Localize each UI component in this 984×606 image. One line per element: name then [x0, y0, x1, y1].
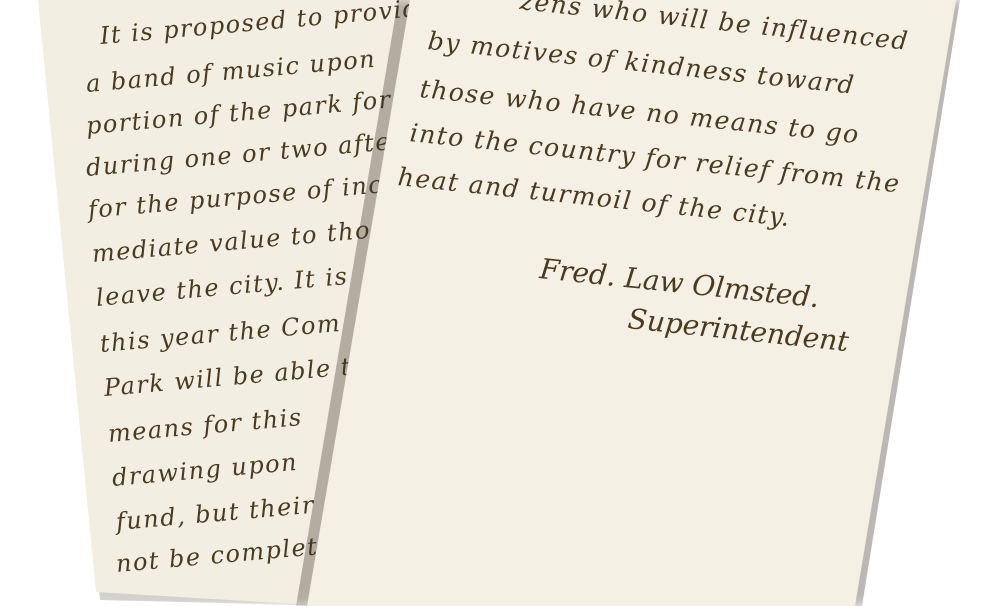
left-line-12: fund, but their — [115, 491, 316, 536]
left-line-8: this year the Com — [99, 309, 342, 358]
letter-scan: It is proposed to provide a band of musi… — [0, 0, 984, 606]
left-line-10: means for this — [107, 403, 304, 448]
left-line-7: leave the city. It is — [95, 262, 350, 312]
left-line-9: Park will be able t — [103, 352, 353, 402]
left-line-5: for the purpose of inc — [87, 170, 384, 224]
left-line-1: It is proposed to provide — [99, 0, 436, 50]
left-line-11: drawing upon — [111, 448, 299, 492]
signature: Fred. Law Olmsted. — [538, 252, 821, 314]
